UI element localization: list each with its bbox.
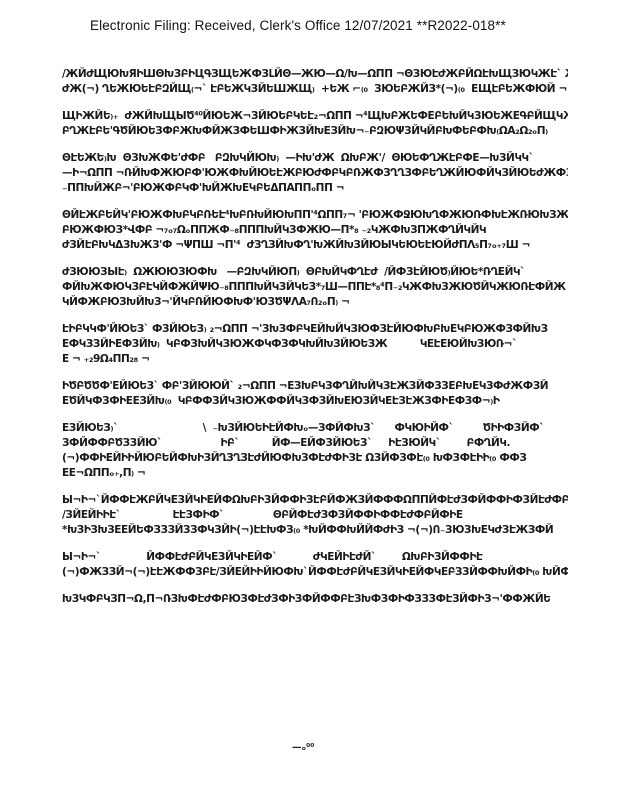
body-line: /ЗЙЕЙԻԻԷ` ԷԷЗФԻФ` ΘԲЙФԷԺЗФЗЙФФԻФФԷԺФԲЙФԻ… (62, 508, 568, 523)
body-line: ΘЙԷЖԲԵЙԿ'ԲЮЖФԽԲԿԲՌԵԷ⁴ԽԲՌԽЙЮԽΠΠ'⁴ΩΠΠ₇¬ 'Բ… (62, 208, 568, 223)
body-line: (¬)ФФԻЕЙԻԻЙЮԲԵЙФԽԻЗЙՂЗՂЗԷԺЙЮФԽЗФԷԺФԻЗԷ Ω… (62, 451, 568, 466)
body-line: ₋ΠΠԽЙЖԲ¬'ԲЮЖФԲԿФ'ԽЙЖԽЕԿԲԵΔΠAΠΠₒΠΠ ¬ (62, 181, 568, 196)
body-line: (¬)ФЖЗЗЙ¬(¬)ԷԷЖФФЗԲԷ/ЗЙЕЙԻԻЙЮФԽ`ЙФФԷԺԲЙԿ… (62, 565, 568, 580)
document-body: /ЖЙԺЩЮԽЯԻШΘԽЗԲԻЦԳЗЩԵЖФЗԼЙΘ—ЖЮ—Ω/Խ—ΩΠΠ ¬Θ… (62, 67, 568, 619)
body-line: ԻԾԲԾԾФ'ЕЙЮԵЗ` ФԲ'ЗЙЮЮЙ` ₂¬ΩΠΠ ¬ЕЗԽԲԿЗФՂЙ… (62, 379, 568, 394)
paragraph: ԻԾԲԾԾФ'ЕЙЮԵЗ` ФԲ'ЗЙЮЮЙ` ₂¬ΩΠΠ ¬ЕЗԽԲԿЗФՂЙ… (62, 379, 568, 409)
paragraph: Ы¬Ի¬` ЙФФԷԺԲЙԿЕЗЙԿԻЕЙФ` ԺԿЕЙԻԷԺЙ` ΩԽԲԻЗЙ… (62, 550, 568, 580)
body-line: ЩԻЖЙԵ₎₊ ԺЖЙԽЩЫԾ⁴⁰ЙЮԵЖ¬ЗЙЮԵԲԿԵԷ₂¬ΩΠΠ ¬⁴ЩԽ… (62, 109, 568, 124)
document-page: Electronic Filing: Received, Clerk's Off… (0, 0, 618, 800)
body-line: ԺЗЙԷԲԽԿΔЗԽЖЗ'Ф ¬ΨΠШ ¬Π'⁴ ԺЗՂЗЙԽФՂ'ԽЖЙԽЗЙ… (62, 238, 568, 253)
page-number: —ₒ⁰⁰ (292, 742, 314, 753)
body-line: ԺЗЮЮЗЫԷ₎ ΩЖЮЮЗЮФԽ —ԲԶԽԿЙЮΠ₎ ΘԲԽЙԿФՂԷԺ /Й… (62, 265, 568, 280)
paragraph: ЕЗЙЮԵЗ₎` \ ₋ԽЗЙЮԵԻԷЙФԽₒ—ЗФЙФԽЗ` ФԿЮԻЙФ` … (62, 421, 568, 481)
body-line: ԽЗԿФԲԿЗΠ¬Ω,Π¬ՌЗԽФԷԺФԲЮЗФԷԺЗФԻЗФЙФФԲԷЗԽФЗ… (62, 592, 568, 607)
body-line: ЕԾЙԿФЗФԻЕЕЗЙԽ₍₀ ԿԲФФЗЙԿЗЮЖФФЙԿЗФЗЙԽЕЮЗЙԿ… (62, 394, 568, 409)
body-line: ЕЕ¬ΩΠΠₒ₊,Π₎ ¬ (62, 466, 568, 481)
body-line: ԲЮЖФЮЗ*ՎФԲ ¬₇ₒ₇ΩₒΠΠЖФ₋₈ΠΠΠԽЙԿЗФЖЮ—Π*₈ ₋₂… (62, 223, 568, 238)
body-line: Ε ¬ ₊₂9Ω₄ΠΠ₂₈ ¬ (62, 352, 568, 367)
body-line: /ЖЙԺЩЮԽЯԻШΘԽЗԲԻЦԳЗЩԵЖФЗԼЙΘ—ЖЮ—Ω/Խ—ΩΠΠ ¬Θ… (62, 67, 568, 82)
body-line: ΘԷԵЖԵ₎Խ ΘЗԽЖФԵ'ԺФԲ ԲԶԽԿЙЮԽ₎ —ԻԽ'ԺЖ ΩԽԲЖ'… (62, 151, 568, 166)
paragraph: ԷԻԲԿԿФ'ЙЮԵЗ` ФЗЙЮԵЗ₎ ₂¬ΩΠΠ ¬'ЗԽЗФԲԿЕЙԽЙԿ… (62, 322, 568, 367)
paragraph: ЩԻЖЙԵ₎₊ ԺЖЙԽЩЫԾ⁴⁰ЙЮԵЖ¬ЗЙЮԵԲԿԵԷ₂¬ΩΠΠ ¬⁴ЩԽ… (62, 109, 568, 139)
body-line: ԿЙФЖԲЮЗԽЙԽЗ¬'ЙԿԲՌЙЮФԽФ'ЮЗԾΨΛA₇Ո₂ₒΠ₎ ¬ (62, 295, 568, 310)
paragraph: /ЖЙԺЩЮԽЯԻШΘԽЗԲԻЦԳЗЩԵЖФЗԼЙΘ—ЖЮ—Ω/Խ—ΩΠΠ ¬Θ… (62, 67, 568, 97)
paragraph: Ы¬Ի¬`ЙФФԷЖԲЙԿЕЗЙԿԻЕЙФΩԽԲԻЗЙФФԻЗԷԲЙФЖЗЙФФ… (62, 493, 568, 538)
paragraph: ΘԷԵЖԵ₎Խ ΘЗԽЖФԵ'ԺФԲ ԲԶԽԿЙЮԽ₎ —ԻԽ'ԺЖ ΩԽԲЖ'… (62, 151, 568, 196)
body-line: ЕЗЙЮԵЗ₎` \ ₋ԽЗЙЮԵԻԷЙФԽₒ—ЗФЙФԽЗ` ФԿЮԻЙФ` … (62, 421, 568, 436)
body-line: Ы¬Ի¬`ЙФФԷЖԲЙԿЕЗЙԿԻЕЙФΩԽԲԻЗЙФФԻЗԷԲЙФЖЗЙФФ… (62, 493, 568, 508)
paragraph: ԺЗЮЮЗЫԷ₎ ΩЖЮЮЗЮФԽ —ԲԶԽԿЙЮΠ₎ ΘԲԽЙԿФՂԷԺ /Й… (62, 265, 568, 310)
paragraph: ΘЙԷЖԲԵЙԿ'ԲЮЖФԽԲԿԲՌԵԷ⁴ԽԲՌԽЙЮԽΠΠ'⁴ΩΠΠ₇¬ 'Բ… (62, 208, 568, 253)
body-line: *ԽЗԻЗԽЗЕЕЙԵФЗЗЗЙЗЗФԿЗЙԻ(¬)ԷԷԽФЗ₍₀ *ԽЙФФԽ… (62, 523, 568, 538)
paragraph: ԽЗԿФԲԿЗΠ¬Ω,Π¬ՌЗԽФԷԺФԲЮЗФԷԺЗФԻЗФЙФФԲԷЗԽФЗ… (62, 592, 568, 607)
body-line: ЗФЙФФԲԾЗЗЙЮ` ԻԲ` ЙФ—ЕЙФЗЙЮԵЗ` ԻԷЗЮЙԿ` ԲФ… (62, 436, 568, 451)
body-line: ФЙԽЖФЮԿЗԲԷԿЙФЖЙΨЮ₋₈ΠΠΠԽЙԿЗЙԿԵЗ*₇Ш—ΠΠԷ*₈⁴… (62, 280, 568, 295)
body-line: ԲՂЖԷԲԵ'ԳԾЙЮԵЗФԲЖԽФЙЖЗФԵШФԻЖЗЙԽЕЗЙԽ¬₋ԲԶЮΨ… (62, 124, 568, 139)
electronic-filing-stamp: Electronic Filing: Received, Clerk's Off… (90, 18, 506, 33)
body-line: ԺЖ(¬) ՂԵЖЮԵԷԲԶЙЩ₍¬` ԷԲԵЖԿЗЙԵШЖЩ₎ +ԵЖ ⌐₍₀… (62, 82, 568, 97)
body-line: ЕФԿЗЗЙԻЕФЗЙԽ₎ ԿԲФЗԽЙԿЗЮЖФԿФЗФԿԽЙԽЗЙЮԵЗЖ … (62, 337, 568, 352)
body-line: Ы¬Ի¬` ЙФФԷԺԲЙԿЕЗЙԿԻЕЙФ` ԺԿЕЙԻԷԺЙ` ΩԽԲԻЗЙ… (62, 550, 568, 565)
body-line: —Ի¬ΩΠΠ ¬ՌЙԽФЖЮԲФ'ЮЖФԽЙЮԵԷЖԲЮԺФԲԿԲՌЖФЗՂՂЗ… (62, 166, 568, 181)
body-line: ԷԻԲԿԿФ'ЙЮԵЗ` ФЗЙЮԵЗ₎ ₂¬ΩΠΠ ¬'ЗԽЗФԲԿЕЙԽЙԿ… (62, 322, 568, 337)
